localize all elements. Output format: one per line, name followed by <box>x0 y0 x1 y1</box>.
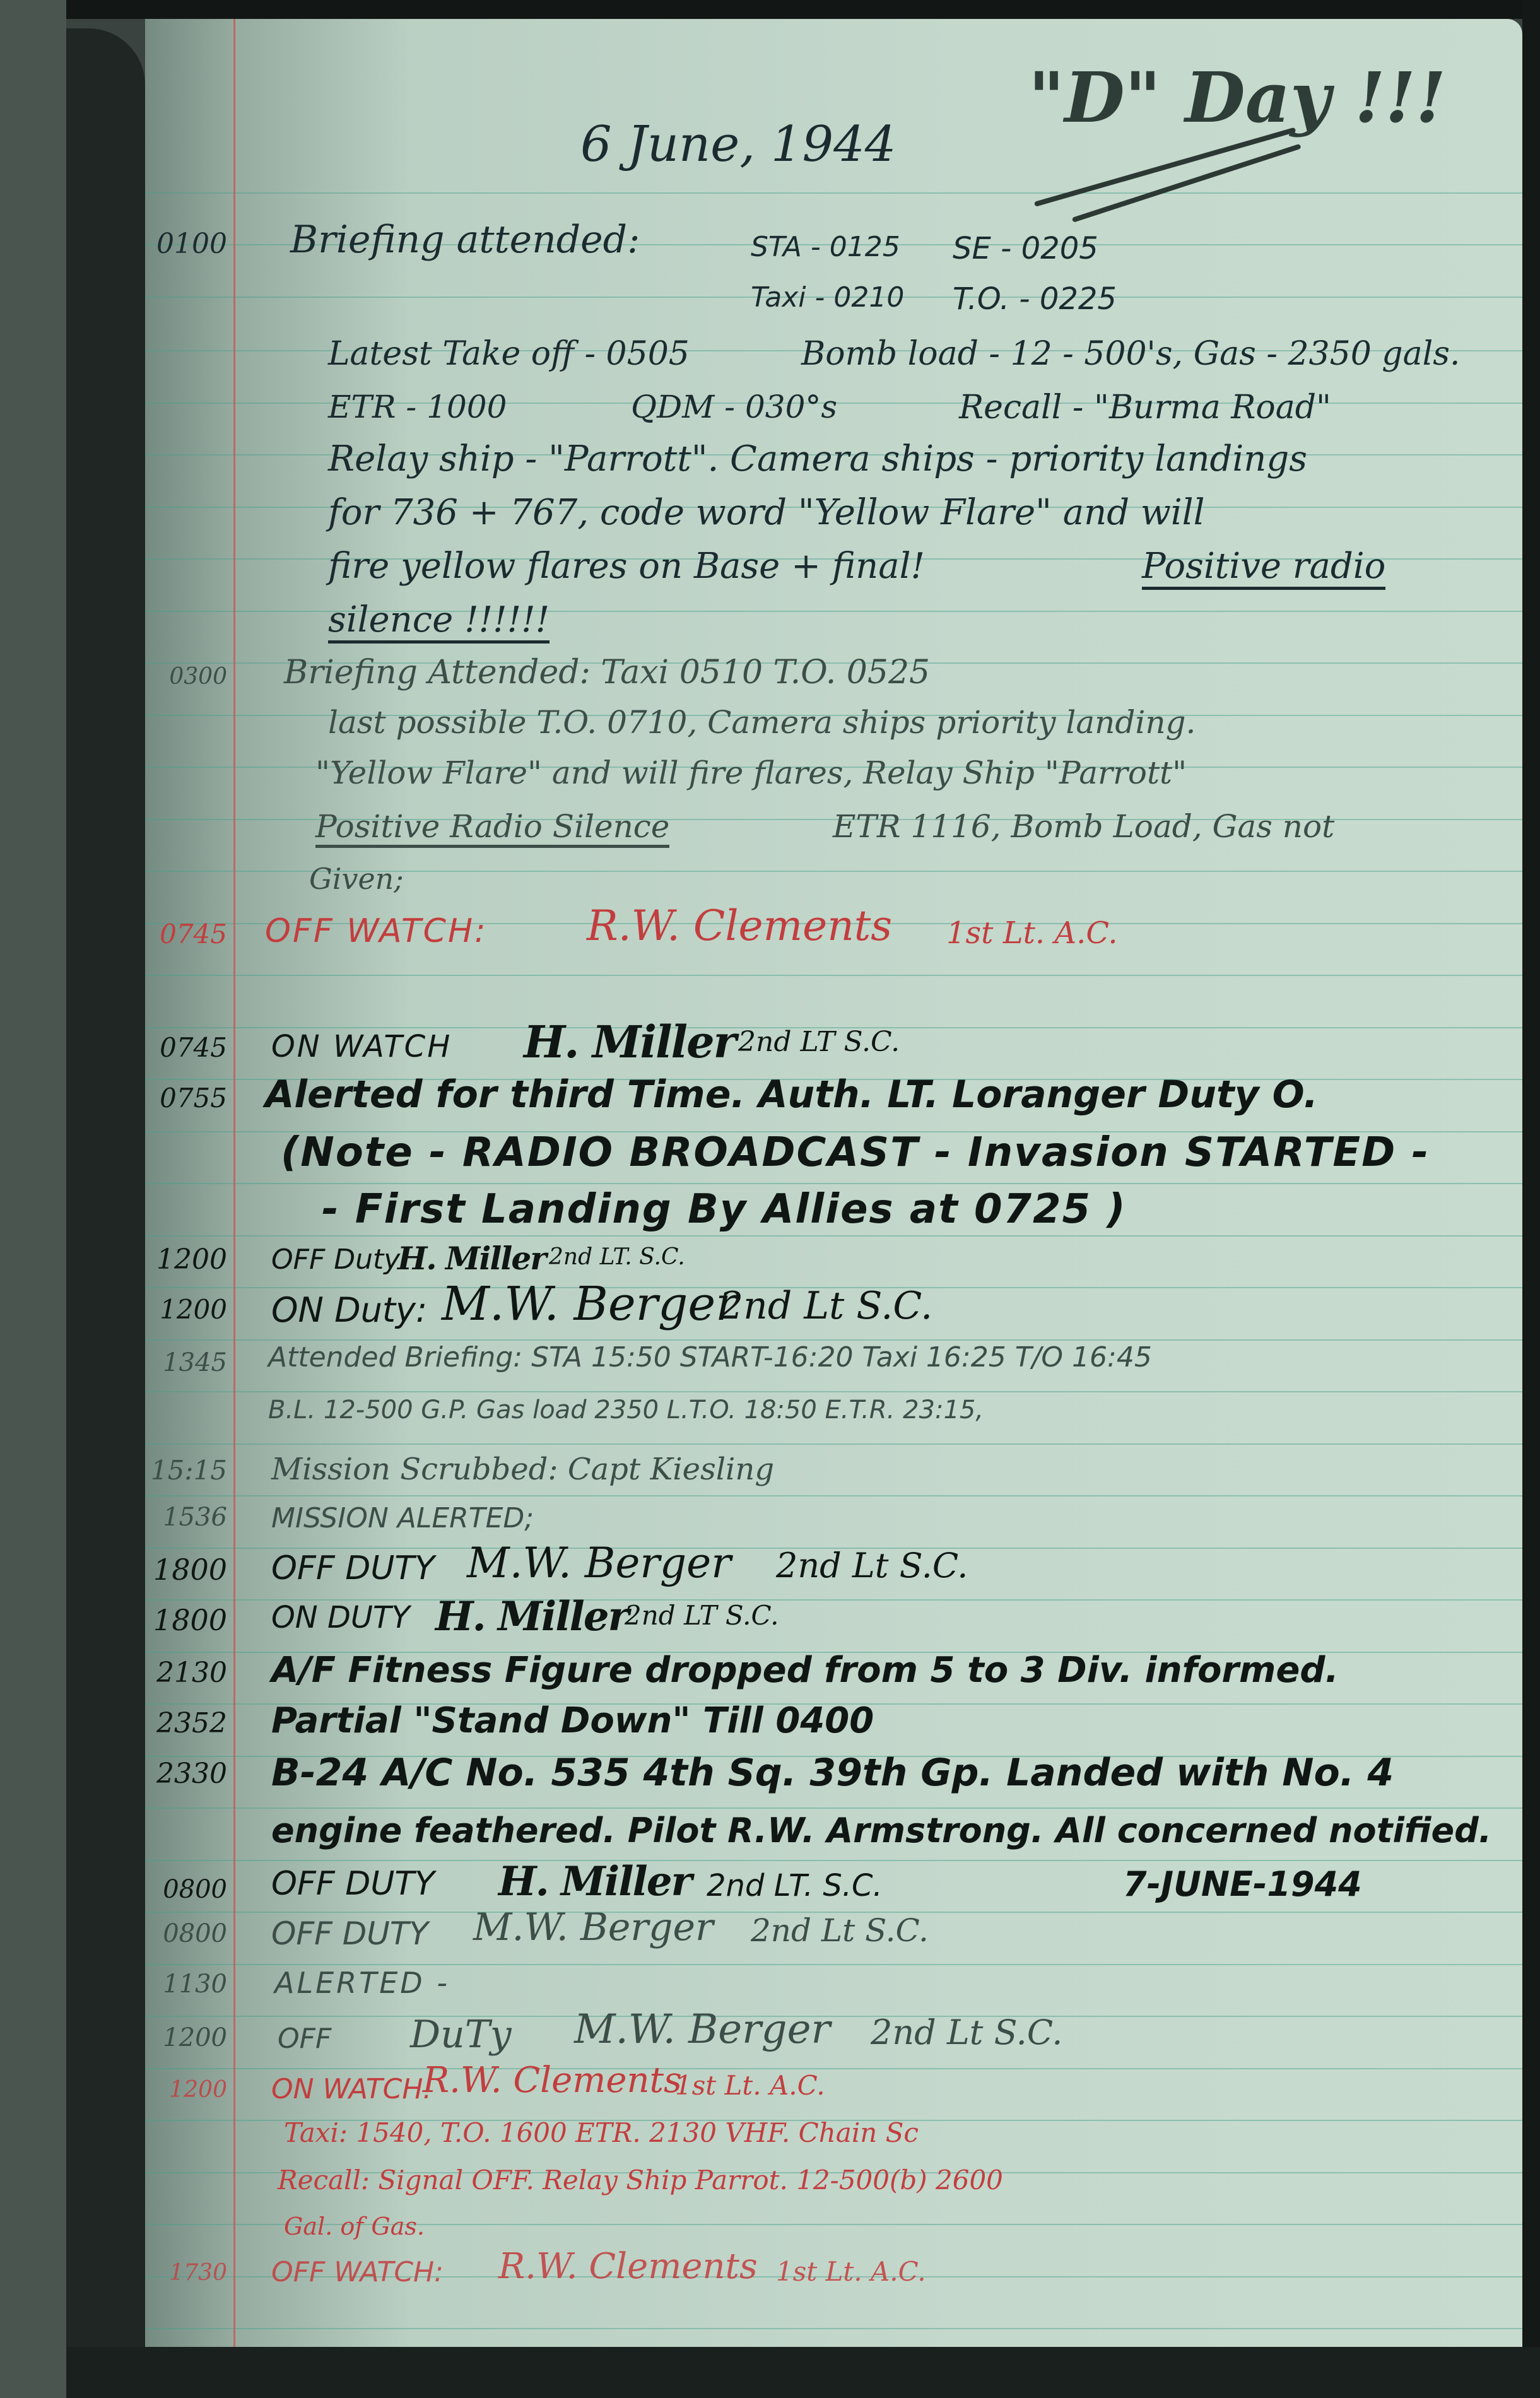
signature: M.W. Berger <box>574 2009 830 2050</box>
entry-text: 2nd LT. S.C. <box>549 1246 685 1269</box>
entry-text: fire yellow flares on Base + final! <box>328 549 925 584</box>
entry-text: ON WATCH: <box>271 2076 432 2103</box>
signature: M.W. Berger <box>473 1908 714 1946</box>
entry-text: last possible T.O. 0710, Camera ships pr… <box>328 707 1196 738</box>
entry-time: 2352 <box>145 1710 227 1737</box>
entry-text: Attended Briefing: STA 15:50 START-16:20… <box>268 1344 1152 1372</box>
entry-text: 2nd Lt S.C. <box>751 1915 929 1946</box>
entry-text: OFF Duty: <box>271 1246 409 1274</box>
entry-text: Positive radio <box>1142 549 1385 590</box>
entry-text: B.L. 12-500 G.P. Gas load 2350 L.T.O. 18… <box>268 1397 984 1423</box>
page-date: 6 June, 1944 <box>580 120 896 169</box>
entry-time: 15:15 <box>145 1457 227 1484</box>
entry-time: 1730 <box>145 2262 227 2284</box>
entry-time: 1200 <box>145 1296 227 1323</box>
entry-text: OFF WATCH: <box>271 2259 444 2286</box>
entry-text: 2nd Lt S.C. <box>719 1287 932 1325</box>
entry-time: 0100 <box>145 230 227 258</box>
book-binding <box>0 0 66 2398</box>
entry-text: Gal. of Gas. <box>284 2214 425 2238</box>
entry-text: Relay ship - "Parrott". Camera ships - p… <box>328 442 1307 477</box>
logbook-page: 6 June, 1944 "D" Day !!! 0100 Briefing a… <box>145 19 1522 2347</box>
entry-text: Taxi: 1540, T.O. 1600 ETR. 2130 VHF. Cha… <box>284 2120 919 2146</box>
entry-text: T.O. - 0225 <box>953 284 1117 314</box>
entry-text: Recall - "Burma Road" <box>959 391 1331 424</box>
entry-time: 0800 <box>145 1921 227 1946</box>
entry-text: 2nd Lt S.C. <box>871 2016 1062 2050</box>
entry-text: Taxi - 0210 <box>751 284 904 312</box>
signature: M.W. Berger <box>442 1281 738 1327</box>
entry-text: OFF <box>278 2025 331 2053</box>
entry-time: 1800 <box>145 1555 227 1584</box>
entry-text: ETR - 1000 <box>328 391 507 423</box>
entry-time: 1200 <box>145 2079 227 2101</box>
entry-text: Partial "Stand Down" Till 0400 <box>271 1703 874 1739</box>
entry-text: Positive Radio Silence <box>315 811 669 848</box>
top-edge-shadow <box>66 0 1540 19</box>
entry-time: 0300 <box>145 666 227 688</box>
entry-time: 1200 <box>145 2025 227 2050</box>
bottom-shadow <box>66 2347 1540 2398</box>
entry-text: Mission Scrubbed: Capt Kiesling <box>271 1454 774 1484</box>
entry-text: Recall: Signal OFF. Relay Ship Parrot. 1… <box>278 2167 1003 2194</box>
entry-text: 1st Lt. A.C. <box>675 2072 825 2099</box>
entry-text: Alerted for third Time. Auth. LT. Lorang… <box>265 1076 1318 1114</box>
entry-text: "Yellow Flare" and will fire flares, Rel… <box>315 757 1187 789</box>
entry-text: OFF WATCH: <box>265 915 488 948</box>
d-day-annotation: "D" Day !!! <box>1028 63 1446 132</box>
entry-text: MISSION ALERTED; <box>271 1505 534 1532</box>
right-edge-shadow <box>1522 0 1540 2398</box>
entry-text: ON WATCH <box>271 1031 452 1062</box>
entry-time: 0745 <box>145 1035 227 1061</box>
entry-text: 7-JUNE-1944 <box>1123 1867 1362 1901</box>
entry-text: SE - 0205 <box>953 233 1098 264</box>
entry-text: ALERTED - <box>274 1968 450 1997</box>
entry-text: ETR 1116, Bomb Load, Gas not <box>833 811 1334 842</box>
entry-time: 0755 <box>145 1085 227 1112</box>
signature: H. Miller <box>498 1858 691 1905</box>
entry-text: 1st Lt. A.C. <box>946 918 1118 948</box>
entry-text: 2nd LT. S.C. <box>707 1871 883 1901</box>
entry-text: for 736 + 767, code word "Yellow Flare" … <box>328 495 1205 531</box>
entry-text: ON Duty: <box>271 1293 427 1327</box>
entry-text: 1st Lt. A.C. <box>776 2259 926 2285</box>
entry-time: 1345 <box>145 1350 227 1375</box>
entry-text: engine feathered. Pilot R.W. Armstrong. … <box>271 1814 1491 1848</box>
signature: H. Miller <box>435 1593 628 1640</box>
entry-text: Bomb load - 12 - 500's, Gas - 2350 gals. <box>801 338 1460 370</box>
entry-time: 0745 <box>145 921 227 948</box>
entry-text: A/F Fitness Figure dropped from 5 to 3 D… <box>271 1653 1339 1688</box>
entry-text: Briefing attended: <box>290 221 640 259</box>
entry-text: silence !!!!!! <box>328 602 550 644</box>
entry-text: 2nd LT S.C. <box>738 1028 900 1056</box>
signature: H. Miller <box>524 1016 736 1068</box>
entry-text: 2nd Lt S.C. <box>776 1549 968 1583</box>
signature: R.W. Clements <box>498 2249 758 2284</box>
entry-text: ON DUTY <box>271 1602 410 1633</box>
signature: R.W. Clements <box>423 2063 682 2098</box>
signature: M.W. Berger <box>467 1543 731 1584</box>
entry-text: B-24 A/C No. 535 4th Sq. 39th Gp. Landed… <box>271 1754 1394 1792</box>
entry-text: Given; <box>309 864 404 893</box>
entry-text: QDM - 030°s <box>631 391 837 423</box>
entry-text: STA - 0125 <box>751 233 900 261</box>
entry-text: (Note - RADIO BROADCAST - Invasion START… <box>281 1132 1430 1173</box>
entry-text: DuTy <box>410 2016 512 2054</box>
entry-text: - First Landing By Allies at 0725 ) <box>322 1189 1127 1230</box>
entry-time: 1130 <box>145 1972 227 1997</box>
entry-time: 0800 <box>145 1877 227 1902</box>
entry-time: 1200 <box>145 1246 227 1274</box>
entry-text: Latest Take off - 0505 <box>328 338 690 370</box>
entry-time: 2330 <box>145 1760 227 1788</box>
d-day-underline <box>1034 127 1296 207</box>
entry-time: 1536 <box>145 1505 227 1530</box>
signature: R.W. Clements <box>587 905 892 947</box>
margin-line <box>233 19 235 2347</box>
entry-text: OFF DUTY <box>271 1918 428 1949</box>
signature: H. Miller <box>397 1240 546 1277</box>
entry-text: Briefing Attended: Taxi 0510 T.O. 0525 <box>284 656 930 689</box>
binding-shadow <box>66 28 145 2398</box>
entry-text: OFF DUTY <box>271 1867 435 1900</box>
entry-text: 2nd LT S.C. <box>625 1602 779 1629</box>
entry-time: 2130 <box>145 1659 227 1687</box>
entry-text: OFF DUTY <box>271 1552 435 1585</box>
entry-time: 1800 <box>145 1606 227 1635</box>
